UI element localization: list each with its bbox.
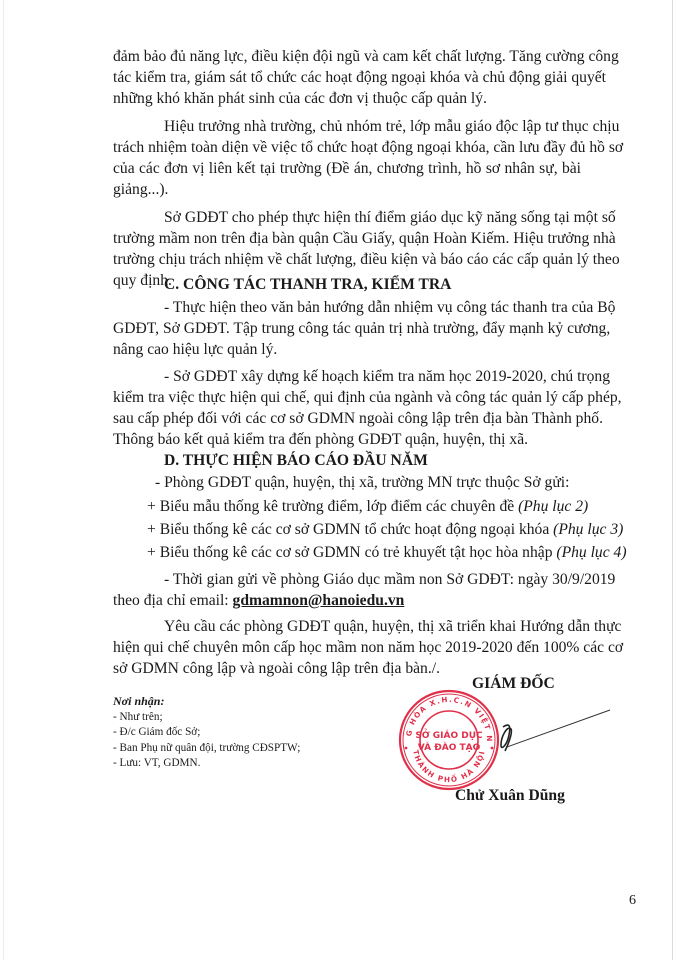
section-d-item-1-text: + Biểu mẫu thống kê trường điểm, lớp điể…: [147, 498, 518, 515]
signer-name: Chử Xuân Dũng: [455, 787, 565, 805]
paragraph-1-line-2: tác kiểm tra, giám sát tổ chức các hoạt …: [113, 68, 581, 88]
paragraph-2-line-1: Hiệu trưởng nhà trường, chủ nhóm trẻ, lớ…: [164, 117, 581, 137]
recipients-title: Nơi nhận:: [113, 694, 300, 710]
section-d-item-2-text: + Biểu thống kê các cơ sở GDMN tổ chức h…: [147, 521, 553, 538]
paragraph-3-line-1: Sở GDĐT cho phép thực hiện thí điểm giáo…: [164, 208, 581, 228]
official-stamp-icon: CỘNG HÒA X.H.C.N VIỆT NAM THÀNH PHỐ HÀ N…: [397, 688, 501, 792]
section-d-intro: - Phòng GDĐT quận, huyện, thị xã, trường…: [155, 473, 623, 493]
paragraph-3-line-2: trường mầm non trên địa bàn quận Cầu Giấ…: [113, 229, 581, 249]
stamp-center-line-1: SỞ GIÁO DỤC: [415, 728, 483, 741]
section-d-item-1-appendix: (Phụ lục 2): [518, 498, 588, 515]
stamp-bottom-text: THÀNH PHỐ HÀ NỘI: [411, 749, 487, 784]
email-label: theo địa chỉ email:: [113, 592, 233, 609]
page-number: 6: [629, 893, 636, 909]
recipient-item: - Đ/c Giám đốc Sở;: [113, 725, 300, 741]
section-d-deadline-line-1: - Thời gian gửi về phòng Giáo dục mầm no…: [164, 570, 581, 590]
section-c-item-1-line-3: nâng cao hiệu lực quản lý.: [113, 340, 581, 360]
section-d-item-3-appendix: (Phụ lục 4): [556, 544, 626, 561]
section-d-item-2-appendix: (Phụ lục 3): [553, 521, 623, 538]
section-c-item-2-line-2: kiểm tra việc thực hiện qui chế, qui địn…: [113, 388, 581, 408]
section-c-item-2-line-4: Thông báo kết quả kiểm tra đến phòng GDĐ…: [113, 430, 581, 450]
signature-icon: [495, 695, 615, 765]
closing-line-2: hiện qui chế chuyên môn cấp học mầm non …: [113, 638, 581, 658]
svg-text:THÀNH PHỐ HÀ NỘI: THÀNH PHỐ HÀ NỘI: [411, 749, 487, 784]
closing-line-1: Yêu cầu các phòng GDĐT quận, huyện, thị …: [164, 617, 581, 637]
page-edge-right: [672, 0, 673, 960]
email-link[interactable]: gdmamnon@hanoiedu.vn: [233, 592, 405, 609]
recipient-item: - Lưu: VT, GDMN.: [113, 756, 300, 772]
section-d-deadline-line-2: theo địa chỉ email: gdmamnon@hanoiedu.vn: [113, 591, 581, 611]
paragraph-1-line-1: đảm bảo đủ năng lực, điều kiện đội ngũ v…: [113, 47, 581, 67]
section-c-item-2-line-3: sau cấp phép đối với các cơ sở GDMN ngoà…: [113, 409, 581, 429]
section-d-item-3-text: + Biểu thống kê các cơ sở GDMN có trẻ kh…: [147, 544, 556, 561]
recipient-item: - Ban Phụ nữ quân đội, trường CĐSPTW;: [113, 741, 300, 757]
paragraph-1-line-3: những khó khăn phát sinh của các đơn vị …: [113, 89, 581, 109]
section-c-item-2-line-1: - Sở GDĐT xây dựng kế hoạch kiểm tra năm…: [164, 367, 581, 387]
section-c-item-1-line-2: GDĐT, Sở GDĐT. Tập trung công tác quản t…: [113, 319, 581, 339]
paragraph-2-line-4: giảng...).: [113, 180, 581, 200]
recipients-block: Nơi nhận: - Như trên; - Đ/c Giám đốc Sở;…: [113, 694, 300, 772]
section-c-heading: C. CÔNG TÁC THANH TRA, KIỂM TRA: [164, 275, 632, 295]
paragraph-2-line-2: trách nhiệm toàn diện về việc tổ chức ho…: [113, 138, 581, 158]
section-d-item-2: + Biểu thống kê các cơ sở GDMN tổ chức h…: [147, 520, 615, 540]
section-d-item-3: + Biểu thống kê các cơ sở GDMN có trẻ kh…: [147, 543, 615, 563]
section-d-heading: D. THỰC HIỆN BÁO CÁO ĐẦU NĂM: [164, 451, 632, 471]
stamp-center-line-2: VÀ ĐÀO TẠO: [418, 741, 481, 753]
recipient-item: - Như trên;: [113, 710, 300, 726]
paragraph-2-line-3: của các đơn vị liên kết tại trường (Đề á…: [113, 159, 581, 179]
section-d-item-1: + Biểu mẫu thống kê trường điểm, lớp điể…: [147, 497, 615, 517]
section-c-item-1-line-1: - Thực hiện theo văn bản hướng dẫn nhiệm…: [164, 298, 581, 318]
page-edge-left: [3, 0, 4, 960]
paragraph-3-line-3: trường chịu trách nhiệm về chất lượng, đ…: [113, 250, 581, 270]
